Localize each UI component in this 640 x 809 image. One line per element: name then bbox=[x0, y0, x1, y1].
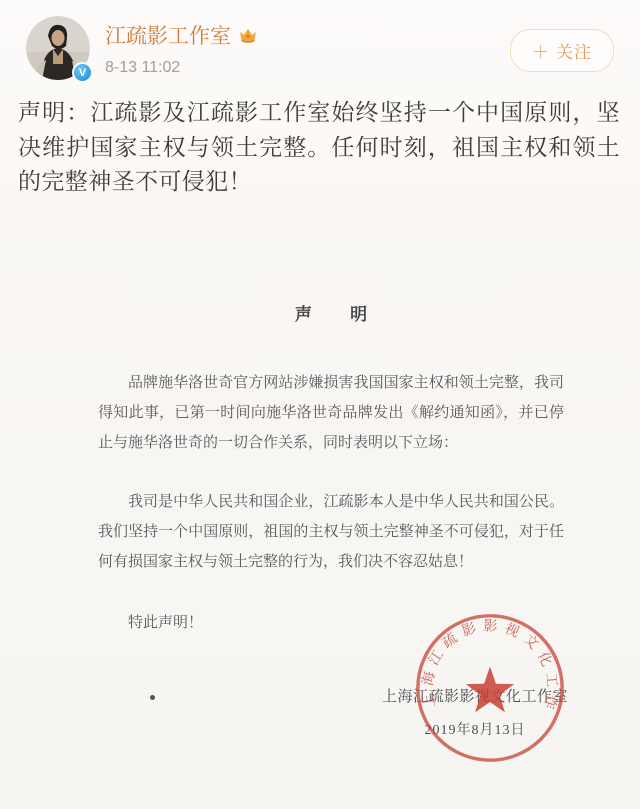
statement-body: 品牌施华洛世奇官方网站涉嫌损害我国国家主权和领土完整，我司得知此事，已第一时间向… bbox=[98, 368, 564, 638]
post-text: 声明：江疏影及江疏影工作室始终坚持一个中国原则，坚决维护国家主权与领土完整。任何… bbox=[0, 80, 640, 199]
signature-name: 上海江疏影影视文化工作室 bbox=[382, 685, 568, 706]
signature-block: 上海江疏影影视文化工作室 2019年8月13日 bbox=[382, 685, 568, 739]
ink-dot bbox=[150, 695, 155, 700]
follow-button[interactable]: ＋ 关注 bbox=[510, 29, 614, 72]
statement-paragraph: 我司是中华人民共和国企业，江疏影本人是中华人民共和国公民。我们坚持一个中国原则，… bbox=[98, 487, 564, 577]
vip-crown-icon bbox=[238, 26, 258, 44]
user-info: 江疏影工作室 8-13 11:02 bbox=[105, 16, 510, 77]
avatar[interactable]: V bbox=[26, 16, 90, 80]
username[interactable]: 江疏影工作室 bbox=[105, 20, 231, 50]
statement-image[interactable]: 声 明 品牌施华洛世奇官方网站涉嫌损害我国国家主权和领土完整，我司得知此事，已第… bbox=[0, 215, 640, 809]
verified-v-badge-icon: V bbox=[72, 62, 93, 83]
post-timestamp: 8-13 11:02 bbox=[105, 59, 510, 77]
signature-date: 2019年8月13日 bbox=[382, 719, 568, 739]
statement-closing: 特此声明！ bbox=[98, 608, 564, 638]
statement-title: 声 明 bbox=[98, 300, 564, 325]
weibo-post: V 江疏影工作室 8-13 11:02 ＋ 关注 声明：江疏影及江疏影工作室始终… bbox=[0, 0, 640, 809]
post-header: V 江疏影工作室 8-13 11:02 ＋ 关注 bbox=[0, 0, 640, 80]
statement-paragraph: 品牌施华洛世奇官方网站涉嫌损害我国国家主权和领土完整，我司得知此事，已第一时间向… bbox=[98, 368, 564, 458]
